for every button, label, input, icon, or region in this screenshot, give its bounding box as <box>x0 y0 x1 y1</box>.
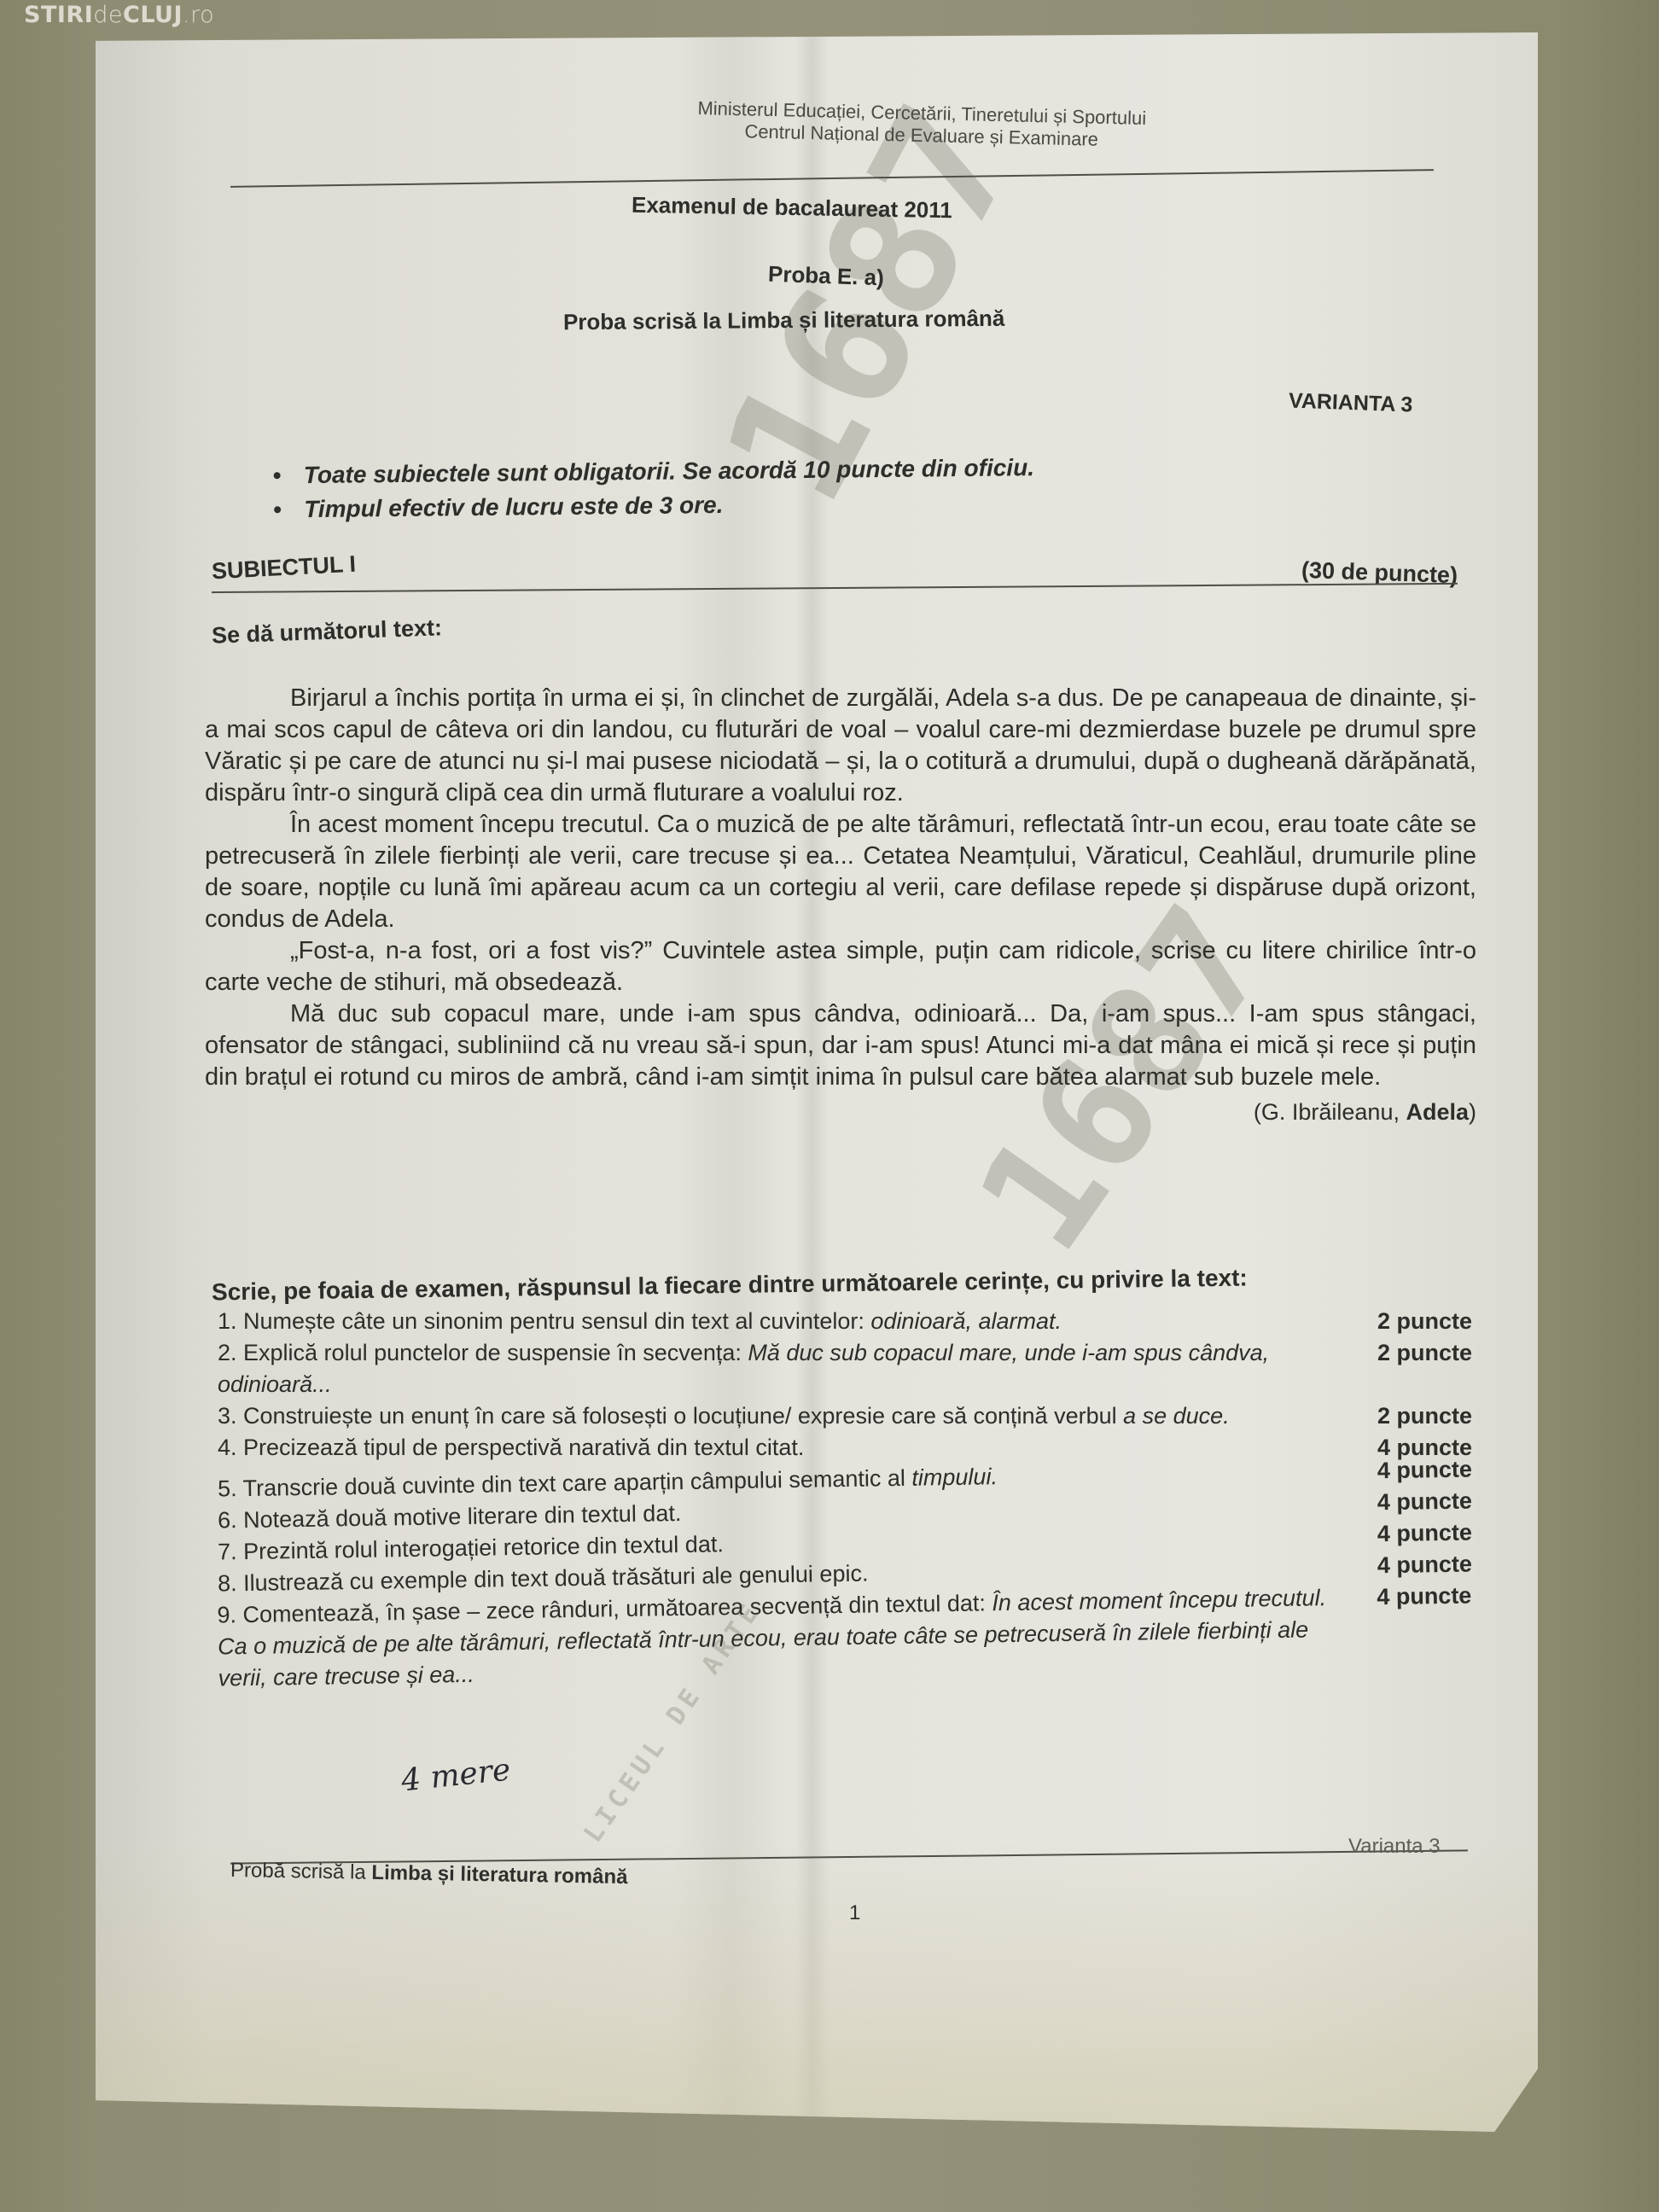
exam-title: Examenul de bacalaureat 2011 <box>632 192 952 224</box>
passage-attribution: (G. Ibrăileanu, Adela) <box>205 1097 1476 1128</box>
requirement-text: 3. Construiește un enunț în care să folo… <box>218 1403 1123 1429</box>
footer-prefix: Probă scrisă la <box>230 1859 372 1884</box>
passage-paragraph: În acest moment începu trecutul. Ca o mu… <box>205 809 1476 935</box>
attribution-work: Adela <box>1406 1099 1469 1125</box>
watermark-domain: .ro <box>183 2 214 28</box>
requirement-quote: odinioară, alarmat. <box>870 1308 1062 1334</box>
exam-proba: Proba E. a) <box>768 261 885 292</box>
footer-subject-bold: Limba și literatura română <box>371 1861 628 1889</box>
attribution-author: (G. Ibrăileanu, <box>1254 1099 1406 1125</box>
requirement-text: 7. Prezintă rolul interogației retorice … <box>218 1531 724 1564</box>
requirement-text: 2. Explică rolul punctelor de suspensie … <box>218 1340 748 1365</box>
requirement-text: 1. Numește câte un sinonim pentru sensul… <box>218 1308 870 1334</box>
requirement-points: 4 puncte <box>1377 1548 1473 1581</box>
watermark-stiri: STIRI <box>24 2 93 28</box>
passage-paragraph: Mă duc sub copacul mare, unde i-am spus … <box>205 998 1476 1093</box>
requirement-text: 4. Precizează tipul de perspectivă narat… <box>218 1435 804 1460</box>
watermark-de: de <box>93 2 123 28</box>
requirement-points: 4 puncte <box>1377 1485 1473 1518</box>
requirement-quote: timpului. <box>911 1464 998 1491</box>
instructions-list: Toate subiectele sunt obligatorii. Se ac… <box>239 451 1035 527</box>
requirement-points: 4 puncte <box>1377 1453 1473 1487</box>
footer-variant: Varianta 3 <box>1348 1835 1441 1859</box>
requirements-list: 1. Numește câte un sinonim pentru sensul… <box>218 1306 1472 1685</box>
requirement-points: 4 puncte <box>1377 1580 1472 1613</box>
requirement-item: 3. Construiește un enunț în care să folo… <box>218 1400 1472 1432</box>
requirement-quote: a se duce. <box>1123 1403 1230 1429</box>
requirement-item: 2. Explică rolul punctelor de suspensie … <box>218 1337 1472 1400</box>
exam-subject-title: Proba scrisă la Limba și literatura româ… <box>563 306 1005 336</box>
requirement-points: 2 puncte <box>1377 1337 1472 1369</box>
passage-paragraph: „Fost-a, n-a fost, ori a fost vis?” Cuvi… <box>205 935 1476 998</box>
page-number: 1 <box>849 1901 860 1925</box>
requirement-text: 6. Notează două motive literare din text… <box>218 1500 682 1534</box>
watermark-cluj: CLUJ <box>123 2 183 28</box>
variant-label: VARIANTA 3 <box>1289 388 1413 417</box>
requirement-points: 2 puncte <box>1377 1306 1472 1337</box>
requirement-points: 4 puncte <box>1377 1516 1473 1550</box>
literary-passage: Birjarul a închis portița în urma ei și,… <box>205 683 1476 1128</box>
requirement-points: 2 puncte <box>1377 1400 1472 1432</box>
site-watermark: STIRIdeCLUJ.ro <box>24 2 214 28</box>
requirement-item: 9. Comentează, în șase – zece rânduri, u… <box>217 1580 1473 1694</box>
requirement-item: 1. Numește câte un sinonim pentru sensul… <box>218 1306 1472 1337</box>
passage-paragraph: Birjarul a închis portița în urma ei și,… <box>205 683 1476 809</box>
attribution-close: ) <box>1469 1099 1476 1125</box>
